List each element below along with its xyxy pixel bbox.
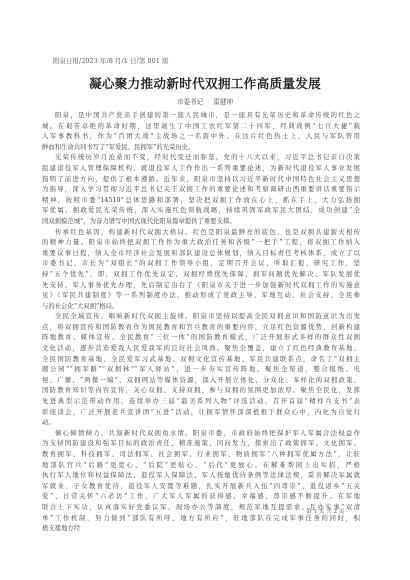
body-text-line: 军优属、拥政爱民光荣传统，深入实施红色领航战略，持续巩固军政军民大团结，成功创建… <box>42 206 360 217</box>
body-text-line: 军就业、子女教育优待、退役军人安置等难题，扎实开展新兵入伍“四尊崇”、退役返乡“… <box>42 482 360 493</box>
article-title: 凝心聚力推动新时代双拥工作高质量发展 <box>0 73 410 92</box>
body-text-line: 见》《军民共建制度》等一系列制度办法，推动形成了党政主导、军地互动、社会支持、全… <box>42 291 360 302</box>
body-text-line: 地部队官兵“后路”更宽心、“后院”更贴心、“后代”更放心。在解难帮困上出实招，严… <box>42 461 360 472</box>
body-text-line: 重要议事日程，纳入全市经济社会发展和部队建设总体规划，纳入目标责任考核体系，成立… <box>42 249 360 260</box>
body-text-line: 入军事教科书，作为“百团大战”主战场之一名震中外。在这片红色热土上，人民与军队曾… <box>42 132 360 143</box>
byline-author: 雷健坤 <box>213 98 233 106</box>
body-text-line: 动。 <box>42 418 360 429</box>
body-text-line: 阵地教育、媒体宣传、全民教育“三位一体”的国防教育模式，广泛开展形式多样的群众性… <box>42 333 360 344</box>
body-text-line: 组建退役军人管理保障机构，就退役军人工作作出一系列重要论述，为新时代退役军人事业… <box>42 164 360 175</box>
article-body: 阳泉，是中国共产党亲手创建的第一座人民城市，是一座具有光荣历史和革命传统的红色之… <box>42 111 360 535</box>
body-text-line: 城。在艰苦卓绝的革命时期，这里诞生了中国工农红军第二十四军，经典战例“七亘大捷”… <box>42 122 360 133</box>
body-text-line: 文化活动，逐步营造爱我人民爱我军的良好社会风尚。聚焦全覆盖，建立了红色经典教育基… <box>42 344 360 355</box>
body-text-line: 为指导，深入学习贯彻习近平总书记关于双拥工作的重要论述和考察调研山西重要讲话重要… <box>42 185 360 196</box>
body-text-line: 传承红色基因，构建新时代双拥大格局。红色是阳泉最鲜亮的底色，也是双拥共建薪火相传 <box>42 228 360 239</box>
body-text-line: 点，将双拥宣传和国防教育作为国民教育和官兵教育的重要内容，立足红色资源优势，创新… <box>42 323 360 334</box>
body-text-line: 持“五个优先”，即，双拥工作优先议定、双拥经费优先保障、拥军问题优先解决、军队发… <box>42 270 360 281</box>
body-text-line: 单”工作机制，努力做到“部队有所呼、地方有所应”，驻地部队在完成军事任务的同时，… <box>42 514 360 525</box>
body-text-line: 精神，按照市委“14510”总体思路和部署，坚决把双拥工作放在心上、抓在手上，大… <box>42 196 360 207</box>
body-text-line: 教育拥军、科技拥军、司法拥军、社会拥军、行业拥军、物质拥军“八种拥军优属方法”，… <box>42 450 360 461</box>
page-indicator: 第 1 页 共 2 页 <box>306 507 344 515</box>
body-text-line: 全民国防教育基地、全民爱军习武基地、双拥文化宣传基地、军民共建联系点，命名了“双… <box>42 355 360 366</box>
body-text-line: 国双拥模范城”，为奋力谱写中国式现代化阳泉篇章提供了重要支撑。 <box>42 217 360 228</box>
body-text-line: 指明了前进方向，提供了根本遵循。近年来，阳泉市坚持以习近平新时代中国特色社会主义… <box>42 175 360 186</box>
article-byline: 市委书记 雷健坤 <box>0 96 410 106</box>
body-text-line: 光荣传统历岁月沧桑而不变，经时代变迁而弥坚。党的十八大以来，习近平总书记亲自决策 <box>42 153 360 164</box>
body-text-line: 的精神力量。阳泉市始终把双拥工作作为重大政治任务和各级“一把手”工程，将双拥工作… <box>42 238 360 249</box>
document-page: 阳泉日报/2023 年/8 月/1 日/第 001 版 凝心聚力推动新时代双拥工… <box>0 0 410 580</box>
body-text-line: 爱”、日常关怀“六必访”工作，广大军人军属的获得感、幸福感、尊崇感不断提升。在军… <box>42 492 360 503</box>
body-text-line: 阳泉，是中国共产党亲手创建的第一座人民城市，是一座具有光荣历史和革命传统的红色之 <box>42 111 360 122</box>
body-text-line: 市委书记、市长为“双组长”的双拥工作领导小组，定期召开会议，听取汇报，研究工作，… <box>42 259 360 270</box>
body-text-line: 倾心倾情倾力，共叙新时代双拥鱼水情。阳泉市委、市政府始终把保护军人军属合法权益作 <box>42 429 360 440</box>
body-text-line: 为支持国防建设和强军目标的政治责任，精准施策、同向发力，探索出了政策拥军、文化拥… <box>42 439 360 450</box>
body-text-line: 全民全域宣传，唱响新时代双拥主旋律。阳泉市坚持以提高全民双拥意识和国防意识为出发 <box>42 312 360 323</box>
body-text-line: 题公园”“拥军路”“双拥林”“军人驿站”，进一步夯实宣传阵地。聚焦全渠道，整合报… <box>42 365 360 376</box>
body-text-line: 彰座谈会，广泛开展老兵宣讲团“五进”活动，让拥军情怀深深植根于群众心中，内化为自… <box>42 408 360 419</box>
body-text-line: 执行军人地位和权益保障法、退役军人保障法、军人抚恤优待条例等法律法规，妥善解决军… <box>42 471 360 482</box>
body-text-line: 极支援地方经 <box>42 524 360 535</box>
body-text-line: 先进典型示范带动作用，连续举办三届“最美系列人物”评选活动，召开首届“精样兵支书… <box>42 397 360 408</box>
byline-role: 市委书记 <box>177 98 203 106</box>
body-text-line: 与的社会化“大双拥”格局。 <box>42 302 360 313</box>
body-text-line: 视、广播、“两微一端”、双拥网站等媒体资源，深入开展立体化、分众化、多样化的双拥… <box>42 376 360 387</box>
body-text-line: 国防教育知识等内容宣传，关心双拥、支持双拥、参与双拥的氛围更加浓厚。聚焦全民化，… <box>42 386 360 397</box>
body-text-line: 鲜血和生命共同书写了“军爱民、民拥军”的光荣历史。 <box>42 143 360 154</box>
newspaper-source-line: 阳泉日报/2023 年/8 月/1 日/第 001 版 <box>53 56 169 65</box>
body-text-line: 先支持、军人事务优先办理，先后制定出台了《阳泉市关于进一步加强新时代双拥工作的实… <box>42 281 360 292</box>
